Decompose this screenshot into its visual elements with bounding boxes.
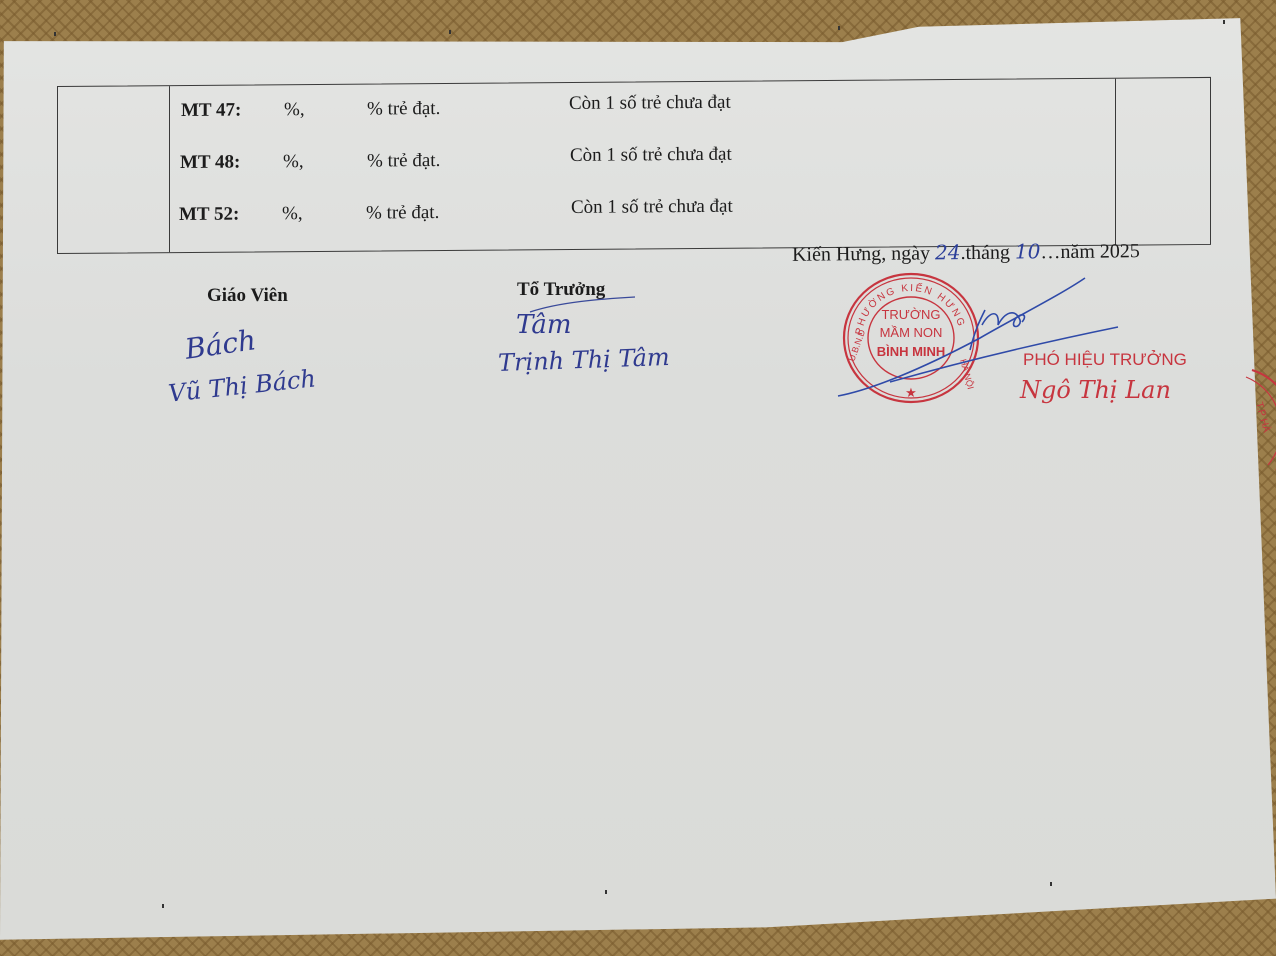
- paper-speck: [838, 26, 840, 30]
- paper-speck: [1050, 882, 1052, 886]
- place-date-line: Kiến Hưng, ngày 24.tháng 10…năm 2025: [792, 238, 1140, 267]
- achieved-text: % trẻ đạt.: [367, 150, 440, 173]
- goal-code: MT 47:: [181, 100, 241, 122]
- table-row: MT 52: %, % trẻ đạt. Còn 1 số trẻ chưa đ…: [58, 196, 1210, 205]
- paper-speck: [449, 30, 451, 34]
- teacher-title: Giáo Viên: [207, 285, 288, 307]
- group-leader-name-handwritten: Trịnh Thị Tâm: [498, 343, 671, 377]
- svg-text:T.P HÀ: T.P HÀ: [1253, 400, 1274, 434]
- paper-speck: [605, 890, 607, 894]
- paper-speck: [54, 32, 56, 36]
- goal-code: MT 48:: [180, 152, 240, 174]
- place-prefix: Kiến Hưng, ngày: [792, 242, 930, 265]
- month-label: tháng: [965, 242, 1010, 264]
- table-divider: [1115, 79, 1116, 245]
- handwritten-day: 24: [935, 240, 961, 264]
- note-text: Còn 1 số trẻ chưa đạt: [571, 196, 733, 219]
- handwritten-month: 10: [1015, 239, 1041, 263]
- group-leader-signature: Tâm: [516, 310, 571, 340]
- achieved-text: % trẻ đạt.: [367, 98, 440, 121]
- note-text: Còn 1 số trẻ chưa đạt: [570, 144, 732, 167]
- partial-stamp: T.P HÀ: [1238, 365, 1276, 475]
- note-text: Còn 1 số trẻ chưa đạt: [569, 92, 731, 115]
- vice-principal-name: Ngô Thị Lan: [1020, 376, 1171, 404]
- achieved-text: % trẻ đạt.: [366, 202, 439, 225]
- goal-code: MT 52:: [179, 204, 239, 226]
- paper-speck: [1223, 20, 1225, 24]
- table-divider: [169, 86, 170, 252]
- table-row: MT 47: %, % trẻ đạt. Còn 1 số trẻ chưa đ…: [58, 92, 1210, 101]
- percent-field: %,: [282, 203, 303, 225]
- percent-field: %,: [284, 99, 305, 121]
- year-label: …năm 2025: [1040, 240, 1140, 263]
- paper-speck: [162, 904, 164, 908]
- table-row: MT 48: %, % trẻ đạt. Còn 1 số trẻ chưa đ…: [58, 144, 1210, 153]
- vice-principal-title: PHÓ HIỆU TRƯỞNG: [1023, 350, 1187, 370]
- percent-field: %,: [283, 151, 304, 173]
- results-table: MT 47: %, % trẻ đạt. Còn 1 số trẻ chưa đ…: [57, 77, 1211, 254]
